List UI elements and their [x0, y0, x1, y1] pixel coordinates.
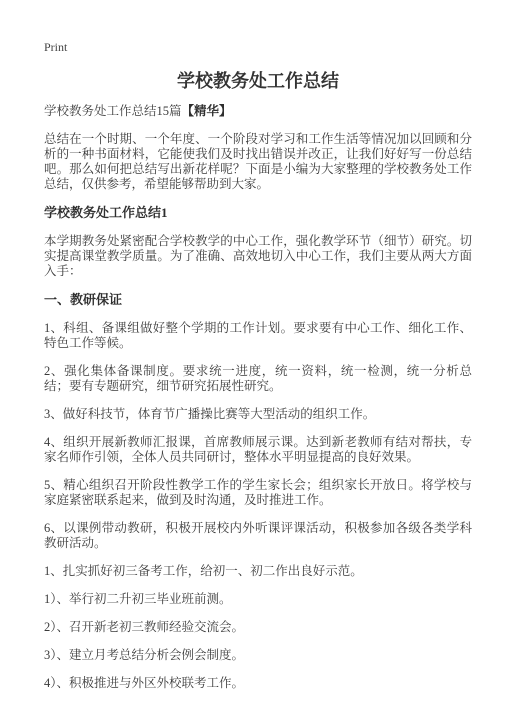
section-heading: 学校教务处工作总结1	[44, 205, 472, 221]
subsection-heading: 一、教研保证	[44, 292, 472, 308]
body-paragraph: 1）、举行初二升初三毕业班前测。	[44, 592, 472, 607]
body-paragraph: 3）、建立月考总结分析会例会制度。	[44, 648, 472, 663]
subtitle-emphasis-text: 【精华】	[182, 104, 232, 118]
subtitle-main-text: 学校教务处工作总结15篇	[44, 104, 182, 118]
body-paragraph: 1、科组、备课组做好整个学期的工作计划。要求要有中心工作、细化工作、特色工作等候…	[44, 321, 472, 351]
document-subtitle: 学校教务处工作总结15篇【精华】	[44, 103, 472, 119]
body-paragraph: 2、强化集体备课制度。要求统一进度，统一资料，统一检测，统一分析总结；要有专题研…	[44, 364, 472, 394]
print-button[interactable]: Print	[44, 40, 67, 54]
section-intro-paragraph: 本学期教务处紧密配合学校教学的中心工作，强化教学环节（细节）研究。切实提高课堂教…	[44, 234, 472, 279]
intro-paragraph: 总结在一个时期、一个年度、一个阶段对学习和工作生活等情况加以回顾和分析的一种书面…	[44, 132, 472, 192]
body-paragraph: 3、做好科技节，体育节广播操比赛等大型活动的组织工作。	[44, 407, 472, 422]
page-title: 学校教务处工作总结	[44, 69, 472, 93]
body-paragraph: 4、组织开展新教师汇报课，首席教师展示课。达到新老教师有结对帮扶，专家名师作引领…	[44, 435, 472, 465]
body-paragraph: 1、扎实抓好初三备考工作，给初一、初二作出良好示范。	[44, 564, 472, 579]
body-paragraph: 4）、积极推进与外区外校联考工作。	[44, 676, 472, 691]
document-page: Print 学校教务处工作总结 学校教务处工作总结15篇【精华】 总结在一个时期…	[0, 0, 520, 718]
body-paragraph: 6、以课例带动教研，积极开展校内外听课评课活动，积极参加各级各类学科教研活动。	[44, 521, 472, 551]
body-paragraph: 5、精心组织召开阶段性教学工作的学生家长会；组织家长开放日。将学校与家庭紧密联系…	[44, 478, 472, 508]
body-paragraph: 2）、召开新老初三教师经验交流会。	[44, 620, 472, 635]
